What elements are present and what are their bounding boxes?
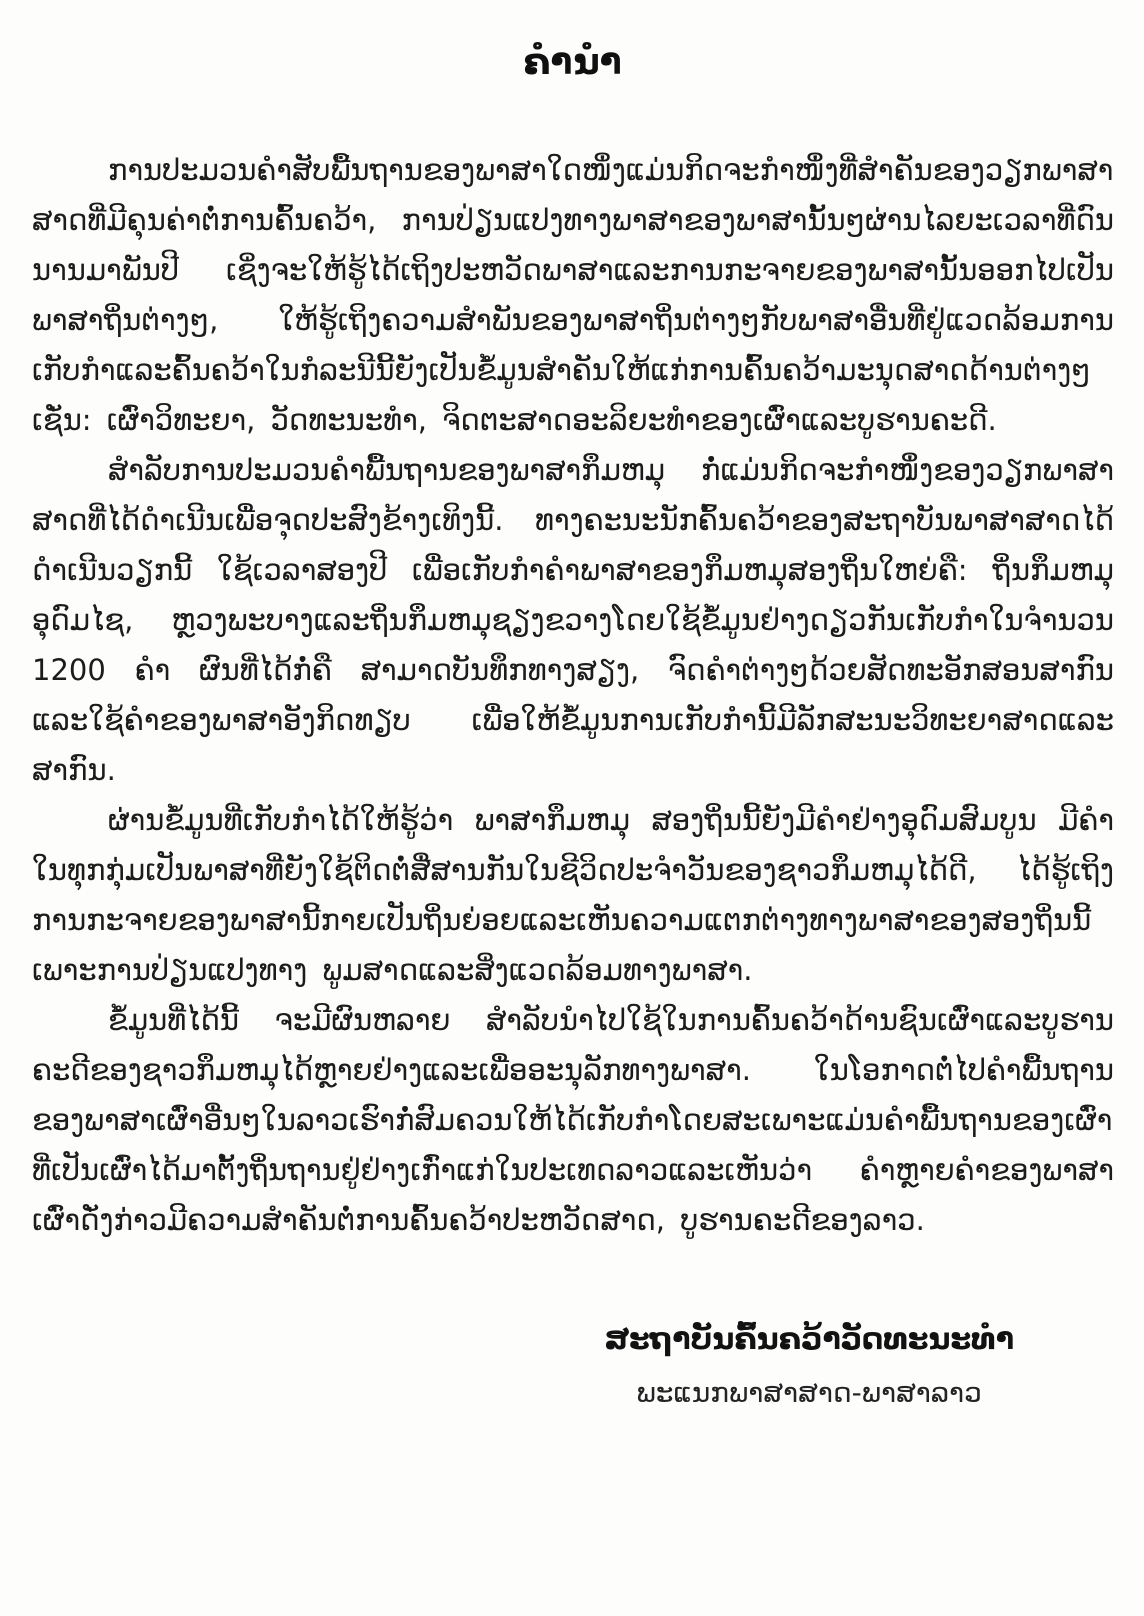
- signature-block: ສະຖາບັນຄົ້ນຄວ້າວັດທະນະທຳ ພະແນກພາສາສາດ-ພາ…: [604, 1313, 1014, 1419]
- paragraph-1: ການປະມວນຄຳສັບພື້ນຖານຂອງພາສາໃດໜຶ່ງແມ່ນກິດ…: [32, 145, 1114, 445]
- paragraph-2: ສຳລັບການປະມວນຄຳພື້ນຖານຂອງພາສາກຶມຫມຸ ກໍ່ແ…: [32, 445, 1114, 795]
- document-title: ຄຳນຳ: [32, 42, 1114, 83]
- signature-department: ພະແນກພາສາສາດ-ພາສາລາວ: [604, 1367, 1014, 1419]
- scanned-document-page: ຄຳນຳ ການປະມວນຄຳສັບພື້ນຖານຂອງພາສາໃດໜຶ່ງແມ…: [0, 0, 1144, 1616]
- paragraph-4: ຂໍ້ມູນທີ່ໄດ້ນີ້ ຈະມີຜົນຫລາຍ ສຳລັບນຳໄປໃຊ້…: [32, 995, 1114, 1245]
- paragraph-3: ຜ່ານຂໍ້ມູນທີ່ເກັບກຳໄດ້ໃຫ້ຮູ້ວ່າ ພາສາກຶມຫ…: [32, 795, 1114, 995]
- document-body: ການປະມວນຄຳສັບພື້ນຖານຂອງພາສາໃດໜຶ່ງແມ່ນກິດ…: [32, 145, 1114, 1245]
- signature-organization: ສະຖາບັນຄົ້ນຄວ້າວັດທະນະທຳ: [604, 1313, 1014, 1367]
